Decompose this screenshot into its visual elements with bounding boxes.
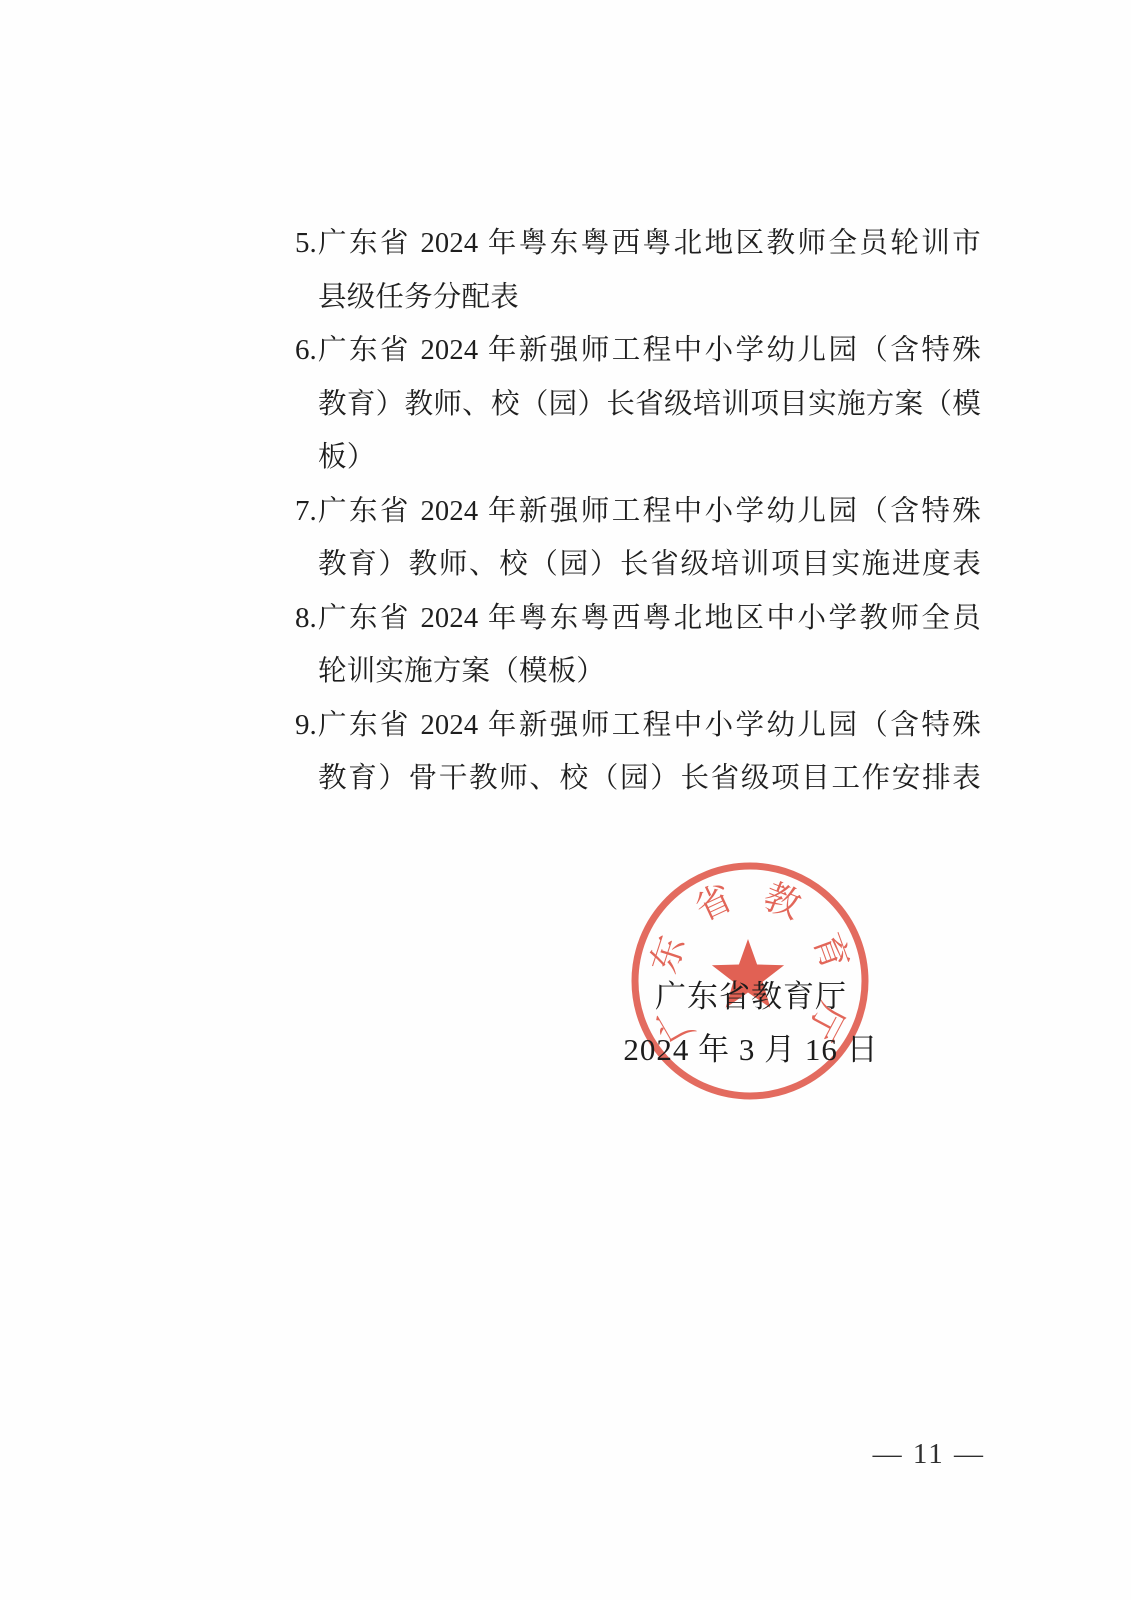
signature-block: 广东省教育厅 2024 年 3 月 16 日: [590, 970, 912, 1076]
item-text-line: 教育）骨干教师、校（园）长省级项目工作安排表: [318, 752, 981, 806]
seal-ring-char: 教: [758, 876, 806, 927]
item-number: 9.: [295, 699, 317, 753]
page-number: — 11 —: [873, 1438, 985, 1471]
item-text-line: 广东省 2024 年粤东粤西粤北地区教师全员轮训市: [318, 217, 981, 271]
item-text-line: 广东省 2024 年新强师工程中小学幼儿园（含特殊: [318, 485, 981, 539]
item-text-line: 板）: [318, 431, 981, 485]
seal-ring-char: 育: [806, 928, 856, 976]
item-number: 8.: [295, 592, 317, 646]
item-text-line: 轮训实施方案（模板）: [318, 645, 981, 699]
list-item-7: 7. 广东省 2024 年新强师工程中小学幼儿园（含特殊 教育）教师、校（园）长…: [295, 485, 981, 592]
item-number: 7.: [295, 485, 317, 539]
issuing-authority: 广东省教育厅: [590, 970, 912, 1023]
attachment-list: 5. 广东省 2024 年粤东粤西粤北地区教师全员轮训市 县级任务分配表 6. …: [295, 217, 981, 806]
list-item-8: 8. 广东省 2024 年粤东粤西粤北地区中小学教师全员 轮训实施方案（模板）: [295, 592, 981, 699]
list-item-6: 6. 广东省 2024 年新强师工程中小学幼儿园（含特殊 教育）教师、校（园）长…: [295, 324, 981, 485]
item-number: 6.: [295, 324, 317, 378]
issue-date: 2024 年 3 月 16 日: [590, 1023, 912, 1076]
item-text-line: 教育）教师、校（园）长省级培训项目实施进度表: [318, 538, 981, 592]
document-page: 5. 广东省 2024 年粤东粤西粤北地区教师全员轮训市 县级任务分配表 6. …: [0, 0, 1131, 1600]
item-text-line: 广东省 2024 年新强师工程中小学幼儿园（含特殊: [318, 699, 981, 753]
item-number: 5.: [295, 217, 317, 271]
item-text-line: 广东省 2024 年新强师工程中小学幼儿园（含特殊: [318, 324, 981, 378]
item-text-line: 县级任务分配表: [318, 271, 981, 325]
list-item-5: 5. 广东省 2024 年粤东粤西粤北地区教师全员轮训市 县级任务分配表: [295, 217, 981, 324]
item-text-line: 教育）教师、校（园）长省级培训项目实施方案（模: [318, 378, 981, 432]
list-item-9: 9. 广东省 2024 年新强师工程中小学幼儿园（含特殊 教育）骨干教师、校（园…: [295, 699, 981, 806]
seal-ring-char: 省: [689, 877, 739, 928]
item-text-line: 广东省 2024 年粤东粤西粤北地区中小学教师全员: [318, 592, 981, 646]
